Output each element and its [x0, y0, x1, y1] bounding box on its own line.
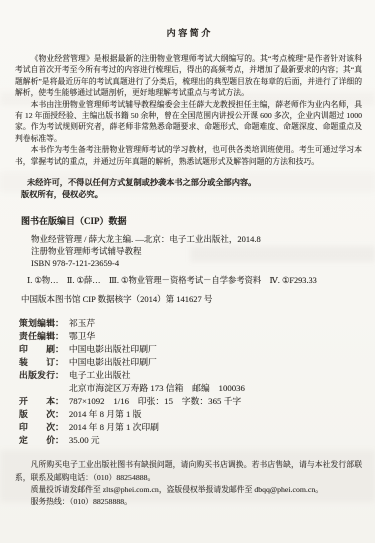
copyright-notice: 未经许可，不得以任何方式复制或抄袭本书之部分或全部内容。 版权所有，侵权必究。	[15, 177, 362, 201]
colophon-value: 2014 年 8 月第 1 次印刷	[69, 421, 159, 434]
colophon-row: 出版发行： 电子工业出版社	[19, 369, 362, 382]
colophon-label: 开本	[19, 395, 55, 408]
colophon-row: 装订： 中国电影出版社印刷厂	[19, 356, 362, 369]
colophon-value: 中国电影出版社印刷厂	[69, 343, 157, 356]
colophon: 策划编辑： 祁玉芹 责任编辑： 鄂卫华 印刷： 中国电影出版社印刷厂 装订： 中…	[19, 317, 362, 447]
colophon-label: 版次	[19, 408, 55, 421]
colophon-value: 787×1092 1/16 印张：15 字数：365 千字	[69, 395, 241, 408]
footer-note: 质量投诉请发邮件至 zlts@phei.com.cn，盗版侵权举报请发邮件至 d…	[15, 484, 362, 496]
content-summary: 《物业经营管理》是根据最新的注册物业管理师考试大纲编写的。其“考点梳理”是作者针…	[15, 53, 362, 167]
colophon-colon: ：	[55, 408, 64, 421]
colophon-row: 定价： 35.00 元	[19, 434, 362, 447]
cip-classification: Ⅰ. ①物… Ⅱ. ①薛… Ⅲ. ①物业管理－资格考试－自学参考资料 Ⅳ. ①F…	[27, 275, 362, 286]
colophon-value: 祁玉芹	[69, 317, 95, 330]
cip-data: 物业经营管理 / 薛大龙主编. —北京：电子工业出版社，2014.8 注册物业管…	[15, 234, 362, 305]
copyright-notice-line: 未经许可，不得以任何方式复制或抄袭本书之部分或全部内容。	[15, 177, 362, 189]
colophon-label: 印次	[19, 421, 55, 434]
colophon-label: 出版发行	[19, 369, 55, 382]
publisher-address: 北京市海淀区万寿路 173 信箱 邮编 100036	[69, 382, 362, 395]
intro-paragraph: 《物业经营管理》是根据最新的注册物业管理师考试大纲编写的。其“考点梳理”是作者针…	[15, 53, 362, 99]
colophon-colon: ：	[55, 330, 64, 343]
footer-note: 服务热线：（010）88258888。	[15, 496, 362, 508]
cip-line isbn: ISBN 978-7-121-23659-4	[31, 258, 362, 270]
colophon-value: 35.00 元	[69, 434, 100, 447]
colophon-colon: ：	[55, 434, 64, 447]
page-title: 内容简介	[15, 26, 362, 39]
colophon-row: 印次： 2014 年 8 月第 1 次印刷	[19, 421, 362, 434]
book-copyright-page: 内容简介 《物业经营管理》是根据最新的注册物业管理师考试大纲编写的。其“考点梳理…	[0, 0, 375, 543]
cip-record-number: 中国版本图书馆 CIP 数据核字（2014）第 141627 号	[21, 294, 362, 305]
colophon-row: 开本： 787×1092 1/16 印张：15 字数：365 千字	[19, 395, 362, 408]
colophon-label: 装订	[19, 356, 55, 369]
intro-paragraph: 本书由注册物业管理师考试辅导教程编委会主任薛大龙教授担任主编，薛老师作为业内名师…	[15, 99, 362, 145]
colophon-row: 策划编辑： 祁玉芹	[19, 317, 362, 330]
cip-line: 物业经营管理 / 薛大龙主编. —北京：电子工业出版社，2014.8	[31, 234, 362, 246]
colophon-colon: ：	[55, 369, 64, 382]
colophon-value: 电子工业出版社	[69, 369, 131, 382]
colophon-row: 印刷： 中国电影出版社印刷厂	[19, 343, 362, 356]
intro-paragraph: 本书作为考生备考注册物业管理师考试的学习教材，也可供各类培训班使用。考生可通过学…	[15, 144, 362, 167]
cip-line: 注册物业管理师考试辅导教程	[31, 246, 362, 258]
colophon-value: 鄂卫华	[69, 330, 95, 343]
colophon-colon: ：	[55, 356, 64, 369]
colophon-label: 策划编辑	[19, 317, 55, 330]
colophon-colon: ：	[55, 395, 64, 408]
footer-note: 凡所购买电子工业出版社图书有缺损问题，请向购买书店调换。若书店售缺，请与本社发行…	[15, 459, 362, 484]
colophon-value: 中国电影出版社印刷厂	[69, 356, 157, 369]
footer-notes: 凡所购买电子工业出版社图书有缺损问题，请向购买书店调换。若书店售缺，请与本社发行…	[15, 459, 362, 508]
colophon-colon: ：	[55, 421, 64, 434]
colophon-value: 2014 年 8 月第 1 版	[69, 408, 142, 421]
colophon-label: 定价	[19, 434, 55, 447]
copyright-notice-line: 版权所有，侵权必究。	[15, 189, 362, 201]
colophon-row: 版次： 2014 年 8 月第 1 版	[19, 408, 362, 421]
colophon-colon: ：	[55, 317, 64, 330]
colophon-row: 责任编辑： 鄂卫华	[19, 330, 362, 343]
colophon-colon: ：	[55, 343, 64, 356]
colophon-label: 责任编辑	[19, 330, 55, 343]
colophon-label: 印刷	[19, 343, 55, 356]
cip-heading: 图书在版编目（CIP）数据	[21, 214, 362, 227]
